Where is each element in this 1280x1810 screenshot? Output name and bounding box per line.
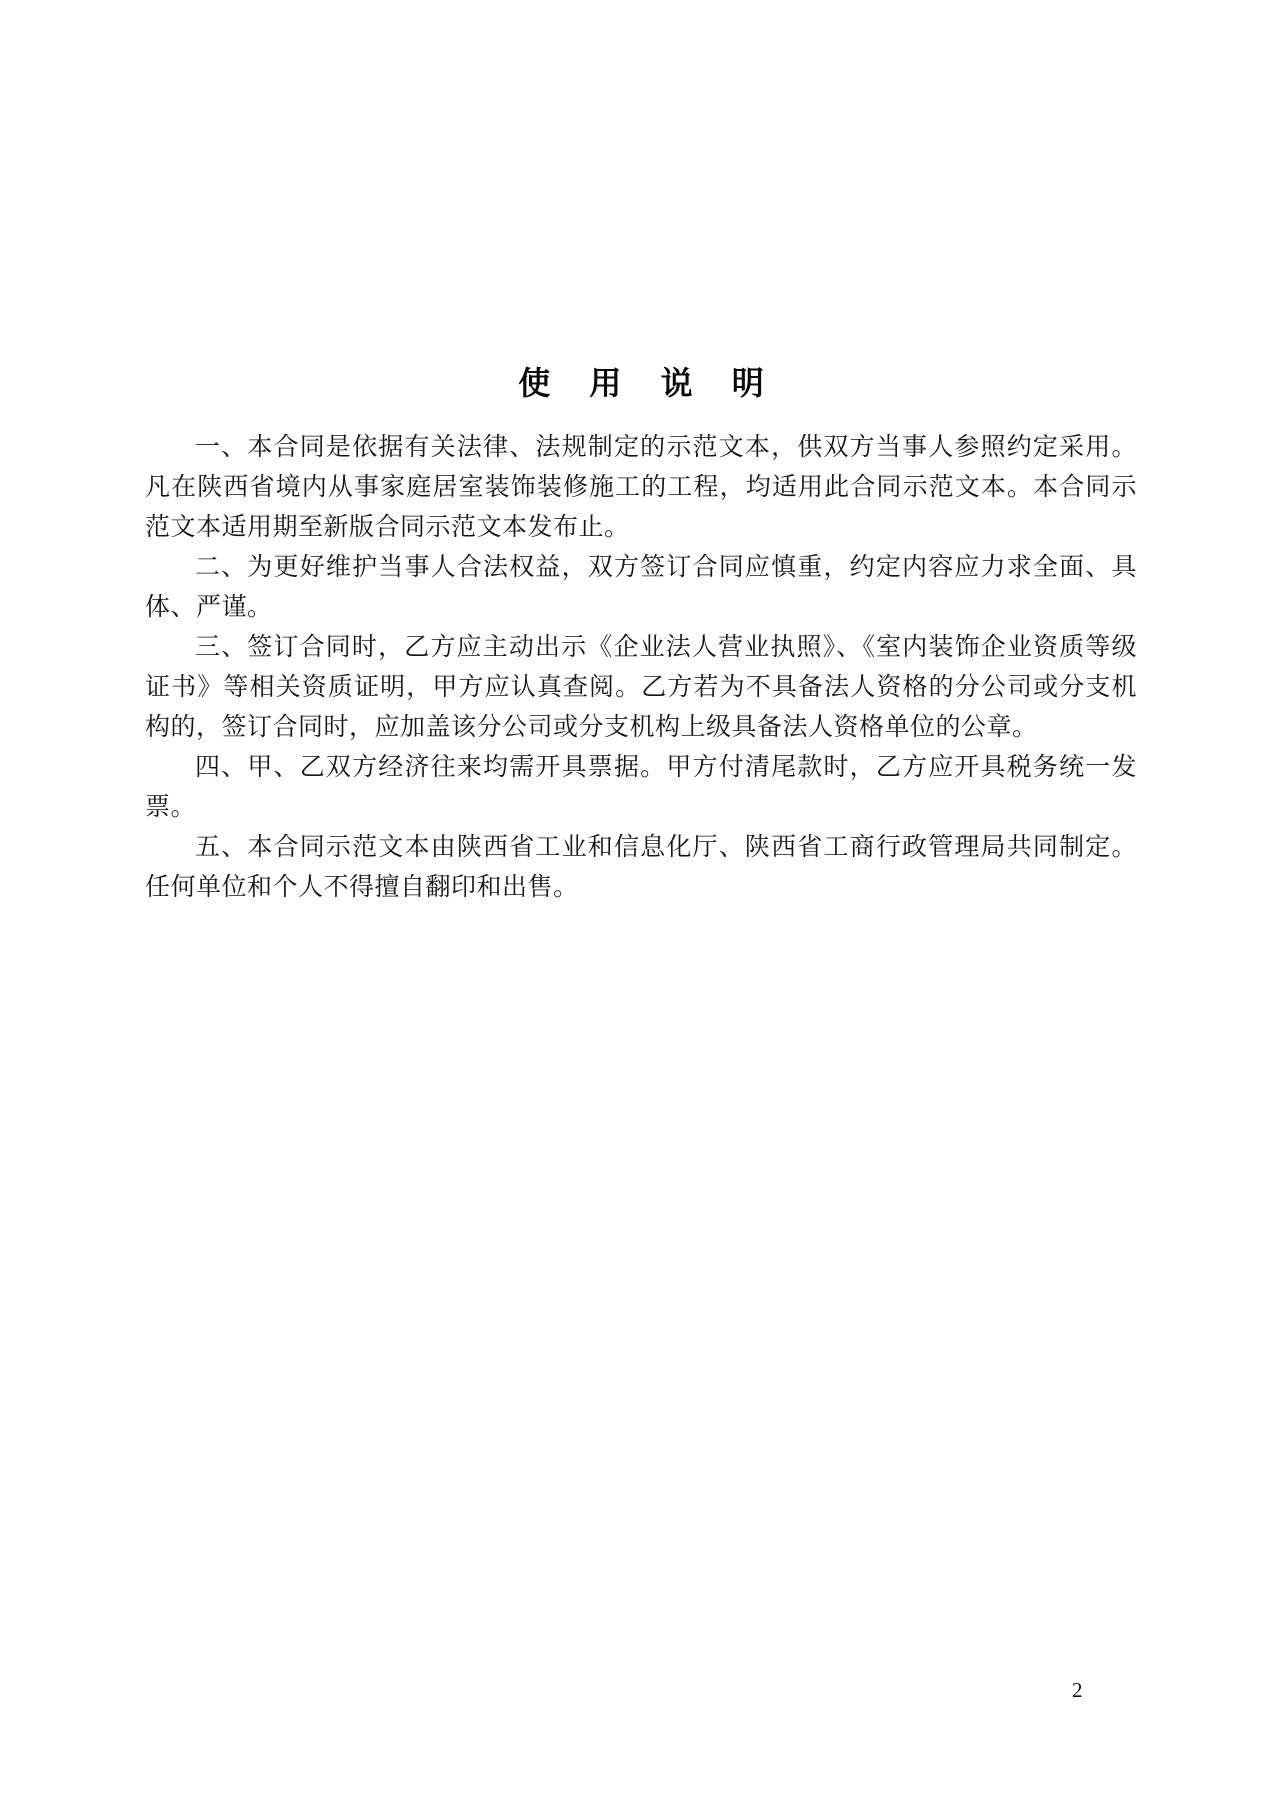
page-number: 2: [1072, 1679, 1083, 1701]
paragraph-2: 二、为更好维护当事人合法权益，双方签订合同应慎重，约定内容应力求全面、具体、严谨…: [145, 548, 1137, 628]
page-title: 使 用 说 明: [145, 364, 1137, 402]
document-content: 使 用 说 明 一、本合同是依据有关法律、法规制定的示范文本，供双方当事人参照约…: [145, 364, 1137, 908]
paragraph-3: 三、签订合同时，乙方应主动出示《企业法人营业执照》、《室内装饰企业资质等级证书》…: [145, 628, 1137, 748]
paragraph-4: 四、甲、乙双方经济往来均需开具票据。甲方付清尾款时，乙方应开具税务统一发票。: [145, 748, 1137, 828]
paragraph-1: 一、本合同是依据有关法律、法规制定的示范文本，供双方当事人参照约定采用。凡在陕西…: [145, 428, 1137, 548]
paragraph-5: 五、本合同示范文本由陕西省工业和信息化厅、陕西省工商行政管理局共同制定。任何单位…: [145, 828, 1137, 908]
document-body: 一、本合同是依据有关法律、法规制定的示范文本，供双方当事人参照约定采用。凡在陕西…: [145, 428, 1137, 908]
document-page: 使 用 说 明 一、本合同是依据有关法律、法规制定的示范文本，供双方当事人参照约…: [0, 0, 1280, 1810]
